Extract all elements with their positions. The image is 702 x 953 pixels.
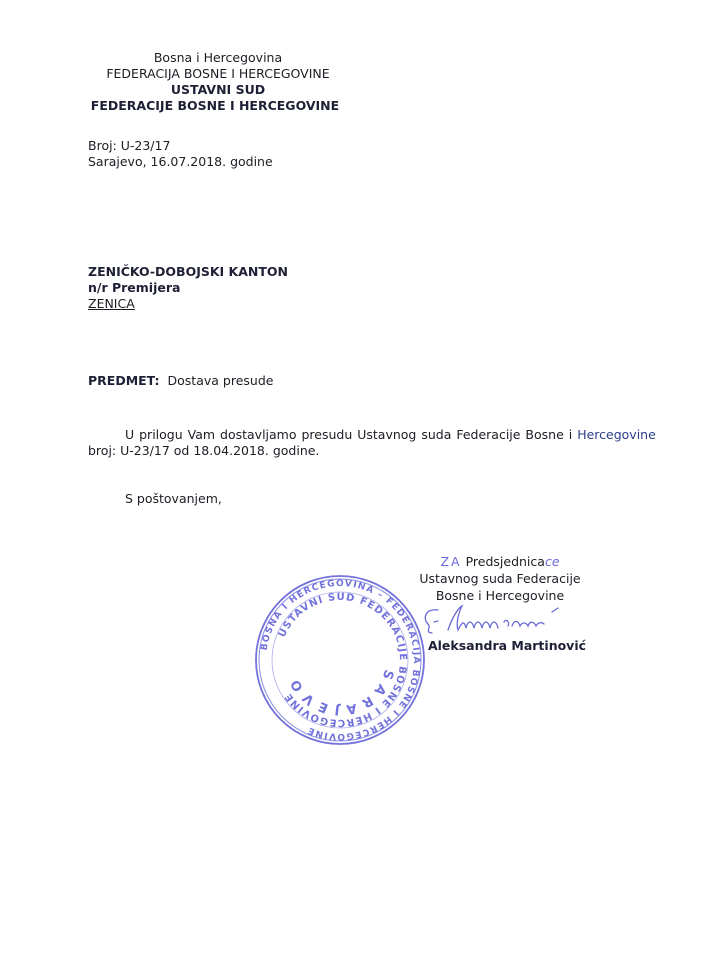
signature-title-line-2: Ustavnog suda Federacije <box>405 570 595 587</box>
court-seal-stamp: BOSNA I HERCEGOVINA – FEDERACIJA BOSNE I… <box>250 570 430 750</box>
recipient-name: ZENIČKO-DOBOJSKI KANTON <box>88 264 288 280</box>
handwritten-suffix: ce <box>545 554 560 569</box>
recipient-city: ZENICA <box>88 296 135 312</box>
subject-label: PREDMET: <box>88 373 160 388</box>
signature-title-line-1: ZAPredsjednicace <box>405 553 595 570</box>
body-line-1: U prilogu Vam dostavljamo presudu Ustavn… <box>125 427 656 443</box>
signatory-name: Aleksandra Martinović <box>412 637 602 654</box>
reference-number: Broj: U-23/17 <box>88 138 170 154</box>
body-text-a: U prilogu Vam dostavljamo presudu Ustavn… <box>125 427 577 442</box>
stamp-outer-text: BOSNA I HERCEGOVINA – FEDERACIJA BOSNE I… <box>260 579 421 741</box>
reference-place-date: Sarajevo, 16.07.2018. godine <box>88 154 273 170</box>
recipient-attention: n/r Premijera <box>88 280 180 296</box>
handwritten-za: ZA <box>440 554 461 569</box>
handwritten-signature <box>418 600 568 638</box>
closing: S poštovanjem, <box>125 491 222 507</box>
subject-text: Dostava presude <box>168 373 274 388</box>
subject-line: PREDMET: Dostava presude <box>88 373 273 389</box>
header-federation: FEDERACIJA BOSNE I HERCEGOVINE <box>88 66 348 82</box>
header-court: USTAVNI SUD <box>88 82 348 98</box>
body-text-b: Hercegovine <box>577 427 656 442</box>
header-court-federation: FEDERACIJE BOSNE I HERCEGOVINE <box>80 98 350 114</box>
body-line-2: broj: U-23/17 od 18.04.2018. godine. <box>88 443 319 459</box>
header-country: Bosna i Hercegovina <box>88 50 348 66</box>
